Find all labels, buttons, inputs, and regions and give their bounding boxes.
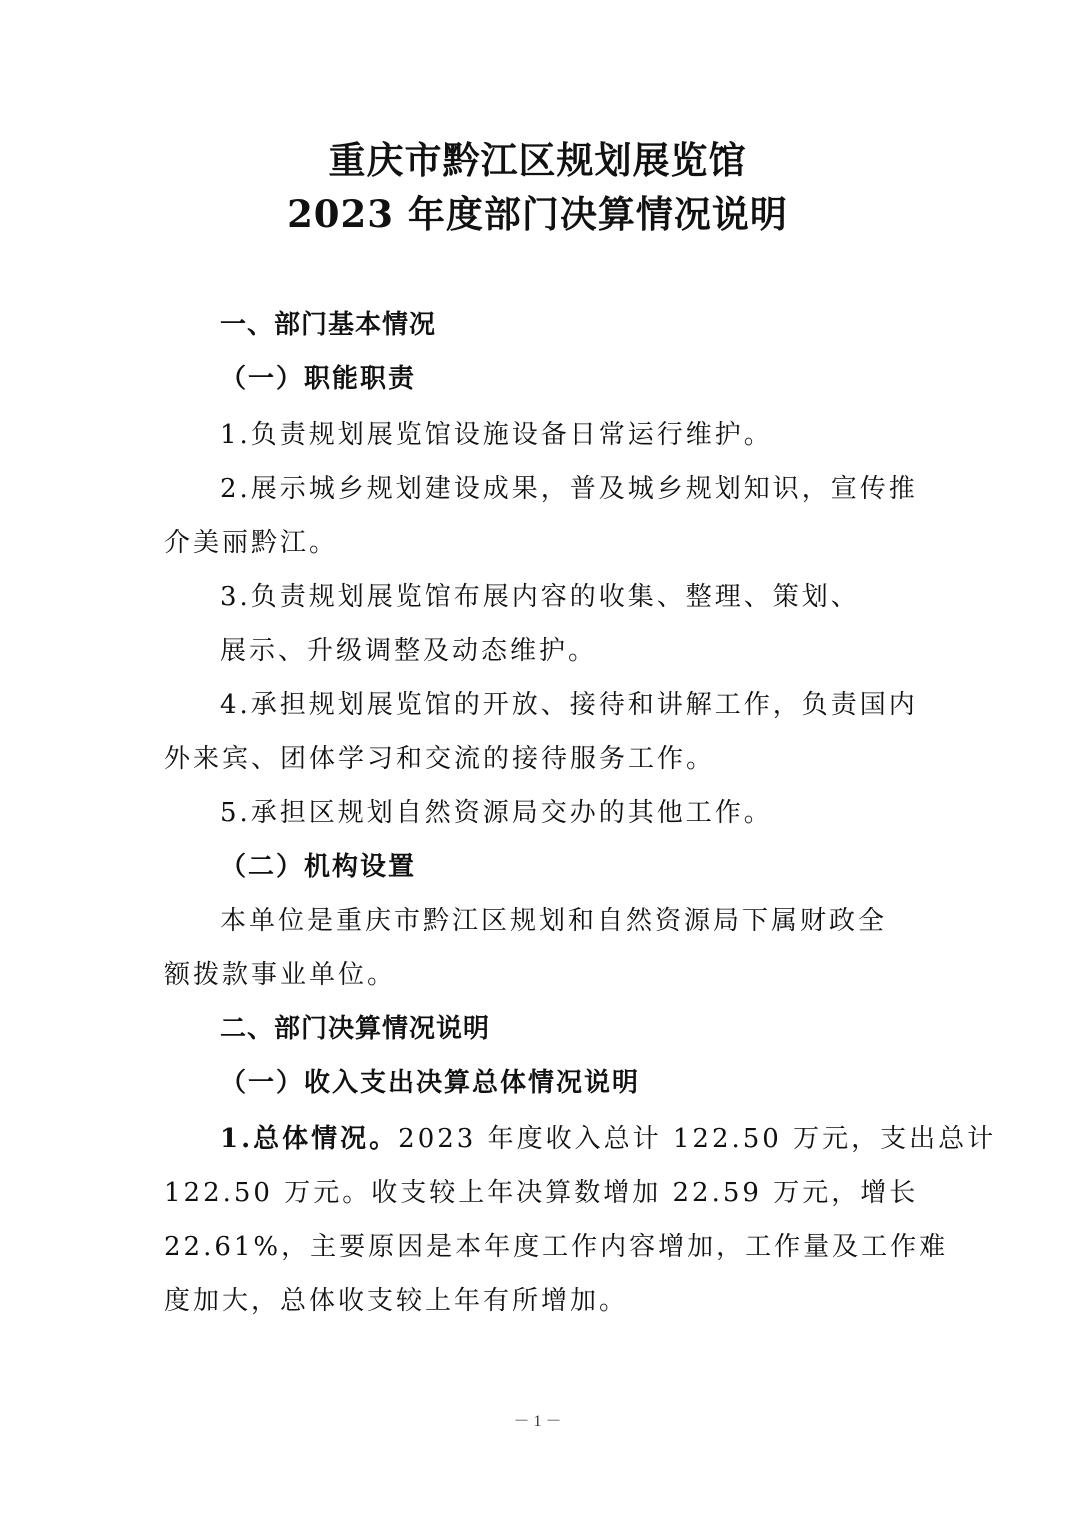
duty-item-1: 1.负责规划展览馆设施设备日常运行维护。 <box>220 418 980 452</box>
document-page: 重庆市黔江区规划展览馆 2023 年度部门决算情况说明 一、部门基本情况 （一）… <box>0 0 1075 1520</box>
org-paragraph-line1: 本单位是重庆市黔江区规划和自然资源局下属财政全 <box>220 904 980 938</box>
subsection-heading-income-expense: （一）收入支出决算总体情况说明 <box>220 1066 980 1100</box>
duty-item-4-line1: 4.承担规划展览馆的开放、接待和讲解工作，负责国内 <box>220 688 980 722</box>
overall-paragraph-line4: 度加大，总体收支较上年有所增加。 <box>164 1284 924 1318</box>
duty-item-2-line2: 介美丽黔江。 <box>164 526 924 560</box>
overall-paragraph-line2: 122.50 万元。收支较上年决算数增加 22.59 万元，增长 <box>164 1176 924 1210</box>
overall-paragraph-line3: 22.61%，主要原因是本年度工作内容增加，工作量及工作难 <box>164 1230 924 1264</box>
duty-item-3-line1: 3.负责规划展览馆布展内容的收集、整理、策划、 <box>220 580 980 614</box>
duty-item-3-line2: 展示、升级调整及动态维护。 <box>220 634 980 668</box>
subsection-heading-duties: （一）职能职责 <box>220 362 980 396</box>
overall-label: 1.总体情况。 <box>220 1124 398 1154</box>
org-paragraph-line2: 额拨款事业单位。 <box>164 958 924 992</box>
duty-item-2-line1: 2.展示城乡规划建设成果，普及城乡规划知识，宣传推 <box>220 472 980 506</box>
subsection-heading-organization: （二）机构设置 <box>220 850 980 884</box>
document-title-line2: 2023 年度部门决算情况说明 <box>0 190 1075 238</box>
page-number: － 1 － <box>0 1408 1075 1431</box>
overall-line1-text: 2023 年度收入总计 122.50 万元，支出总计 <box>398 1124 996 1154</box>
overall-paragraph-line1: 1.总体情况。2023 年度收入总计 122.50 万元，支出总计 <box>220 1122 980 1156</box>
section-heading-final-accounts: 二、部门决算情况说明 <box>220 1012 980 1046</box>
duty-item-5: 5.承担区规划自然资源局交办的其他工作。 <box>220 796 980 830</box>
section-heading-basic-info: 一、部门基本情况 <box>220 308 980 342</box>
duty-item-4-line2: 外来宾、团体学习和交流的接待服务工作。 <box>164 742 924 776</box>
document-title-line1: 重庆市黔江区规划展览馆 <box>0 136 1075 184</box>
